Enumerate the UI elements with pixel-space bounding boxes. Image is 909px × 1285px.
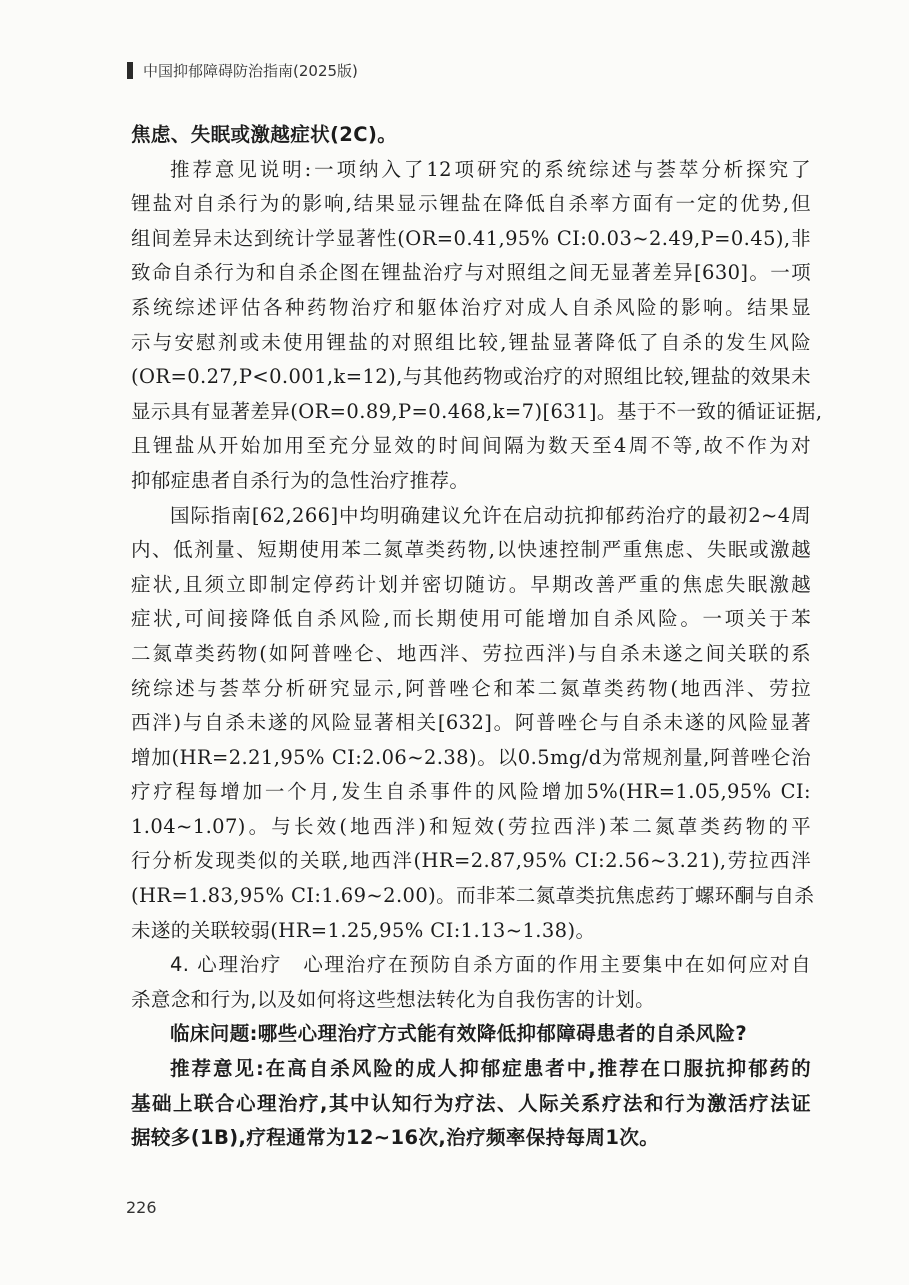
text-line: 内、低剂量、短期使用苯二氮䓬类药物,以快速控制严重焦虑、失眠或激越: [131, 533, 811, 568]
text-line: 推荐意见说明:一项纳入了12项研究的系统综述与荟萃分析探究了: [131, 153, 811, 188]
text-line: 抑郁症患者自杀行为的急性治疗推荐。: [131, 464, 811, 499]
text-line: 行分析发现类似的关联,地西泮(HR=2.87,95% CI:2.56~3.21)…: [131, 844, 811, 879]
text-line: (OR=0.27,P<0.001,k=12),与其他药物或治疗的对照组比较,锂盐…: [131, 360, 811, 395]
text-line: 基础上联合心理治疗,其中认知行为疗法、人际关系疗法和行为激活疗法证: [131, 1087, 811, 1122]
running-title: 中国抑郁障碍防治指南(2025版): [143, 60, 358, 81]
text-line: 致命自杀行为和自杀企图在锂盐治疗与对照组之间无显著差异[630]。一项: [131, 256, 811, 291]
text-line: 统综述与荟萃分析研究显示,阿普唑仑和苯二氮䓬类药物(地西泮、劳拉: [131, 672, 811, 707]
running-header: 中国抑郁障碍防治指南(2025版): [127, 60, 358, 81]
text-line: 据较多(1B),疗程通常为12~16次,治疗频率保持每周1次。: [131, 1121, 811, 1156]
text-line: 杀意念和行为,以及如何将这些想法转化为自我伤害的计划。: [131, 983, 811, 1018]
text-line: 临床问题:哪些心理治疗方式能有效降低抑郁障碍患者的自杀风险?: [131, 1017, 811, 1052]
text-line: 且锂盐从开始加用至充分显效的时间间隔为数天至4周不等,故不作为对: [131, 429, 811, 464]
text-line: 系统综述评估各种药物治疗和躯体治疗对成人自杀风险的影响。结果显: [131, 291, 811, 326]
text-line: 疗疗程每增加一个月,发生自杀事件的风险增加5%(HR=1.05,95% CI:: [131, 775, 811, 810]
text-line: 未遂的关联较弱(HR=1.25,95% CI:1.13~1.38)。: [131, 914, 811, 949]
text-line: 4. 心理治疗 心理治疗在预防自杀方面的作用主要集中在如何应对自: [131, 948, 811, 983]
text-line: 推荐意见:在高自杀风险的成人抑郁症患者中,推荐在口服抗抑郁药的: [131, 1052, 811, 1087]
page-number: 226: [126, 1198, 157, 1217]
text-line: 增加(HR=2.21,95% CI:2.06~2.38)。以0.5mg/d为常规…: [131, 741, 811, 776]
text-line: 锂盐对自杀行为的影响,结果显示锂盐在降低自杀率方面有一定的优势,但: [131, 187, 811, 222]
text-line: 焦虑、失眠或激越症状(2C)。: [131, 118, 811, 153]
page-body: 焦虑、失眠或激越症状(2C)。推荐意见说明:一项纳入了12项研究的系统综述与荟萃…: [131, 118, 811, 1156]
text-line: 国际指南[62,266]中均明确建议允许在启动抗抑郁药治疗的最初2~4周: [131, 499, 811, 534]
text-line: 症状,可间接降低自杀风险,而长期使用可能增加自杀风险。一项关于苯: [131, 602, 811, 637]
header-bar-marker: [127, 62, 133, 79]
text-line: 症状,且须立即制定停药计划并密切随访。早期改善严重的焦虑失眠激越: [131, 568, 811, 603]
text-line: 显示具有显著差异(OR=0.89,P=0.468,k=7)[631]。基于不一致…: [131, 395, 811, 430]
text-line: 二氮䓬类药物(如阿普唑仑、地西泮、劳拉西泮)与自杀未遂之间关联的系: [131, 637, 811, 672]
text-line: (HR=1.83,95% CI:1.69~2.00)。而非苯二氮䓬类抗焦虑药丁螺…: [131, 879, 811, 914]
text-line: 示与安慰剂或未使用锂盐的对照组比较,锂盐显著降低了自杀的发生风险: [131, 326, 811, 361]
text-line: 1.04~1.07)。与长效(地西泮)和短效(劳拉西泮)苯二氮䓬类药物的平: [131, 810, 811, 845]
text-line: 西泮)与自杀未遂的风险显著相关[632]。阿普唑仑与自杀未遂的风险显著: [131, 706, 811, 741]
text-line: 组间差异未达到统计学显著性(OR=0.41,95% CI:0.03~2.49,P…: [131, 222, 811, 257]
